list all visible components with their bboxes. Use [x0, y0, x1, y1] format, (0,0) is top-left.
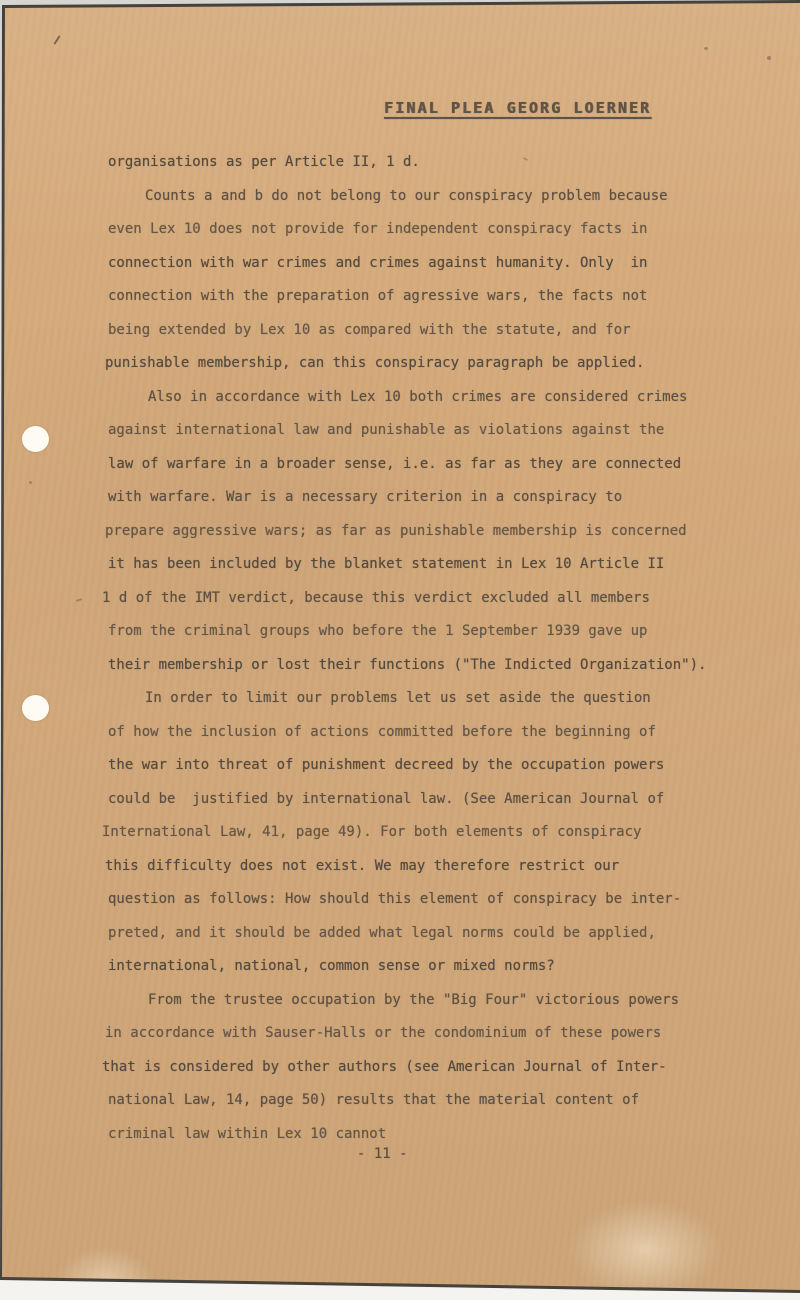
text-line: prepare aggressive wars; as far as punis… [105, 515, 745, 549]
text-line: of how the inclusion of actions committe… [108, 716, 748, 750]
text-line: organisations as per Article II, 1 d. [108, 146, 748, 180]
text-line: Counts a and b do not belong to our cons… [105, 180, 745, 214]
text-line: from the criminal groups who before the … [108, 615, 748, 649]
document-body: organisations as per Article II, 1 d.Cou… [108, 146, 748, 1151]
text-line: with warfare. War is a necessary criteri… [108, 481, 748, 515]
text-line: the war into threat of punishment decree… [108, 749, 748, 783]
paper-sheet: FINAL PLEA GEORG LOERNER organisations a… [0, 0, 800, 1300]
text-line: against international law and punishable… [108, 414, 748, 448]
text-line: question as follows: How should this ele… [108, 883, 748, 917]
text-line: in accordance with Sauser-Halls or the c… [105, 1017, 745, 1051]
text-line: preted, and it should be added what lega… [108, 917, 748, 951]
text-line: connection with the preparation of agres… [108, 280, 748, 314]
text-line: even Lex 10 does not provide for indepen… [108, 213, 748, 247]
text-line: national Law, 14, page 50) results that … [108, 1084, 748, 1118]
text-line: In order to limit our problems let us se… [105, 682, 745, 716]
text-line: could be justified by international law.… [108, 783, 748, 817]
document-header: FINAL PLEA GEORG LOERNER [384, 99, 651, 117]
text-line: that is considered by other authors (see… [102, 1051, 742, 1085]
text-line: 1 d of the IMT verdict, because this ver… [102, 582, 742, 616]
ink-speck [76, 598, 82, 602]
text-line: Also in accordance with Lex 10 both crim… [108, 381, 748, 415]
text-line: this difficulty does not exist. We may t… [105, 850, 745, 884]
text-line: criminal law within Lex 10 cannot [108, 1118, 748, 1152]
punch-hole-top [22, 426, 49, 452]
text-line: From the trustee occupation by the "Big … [108, 984, 748, 1018]
ink-speck [29, 481, 32, 484]
text-line: punishable membership, can this conspira… [105, 347, 745, 381]
punch-hole-bottom [22, 695, 49, 721]
scanned-document-page: FINAL PLEA GEORG LOERNER organisations a… [0, 0, 800, 1300]
text-line: being extended by Lex 10 as compared wit… [108, 314, 748, 348]
text-line: it has been included by the blanket stat… [108, 548, 748, 582]
page-number: - 11 - [357, 1146, 408, 1162]
text-line: law of warfare in a broader sense, i.e. … [108, 448, 748, 482]
ink-speck [767, 56, 771, 60]
text-line: international, national, common sense or… [108, 950, 748, 984]
ink-speck [704, 47, 708, 50]
text-line: International Law, 41, page 49). For bot… [102, 816, 742, 850]
text-line: their membership or lost their functions… [108, 649, 748, 683]
ink-speck [54, 35, 61, 45]
text-line: connection with war crimes and crimes ag… [108, 247, 748, 281]
